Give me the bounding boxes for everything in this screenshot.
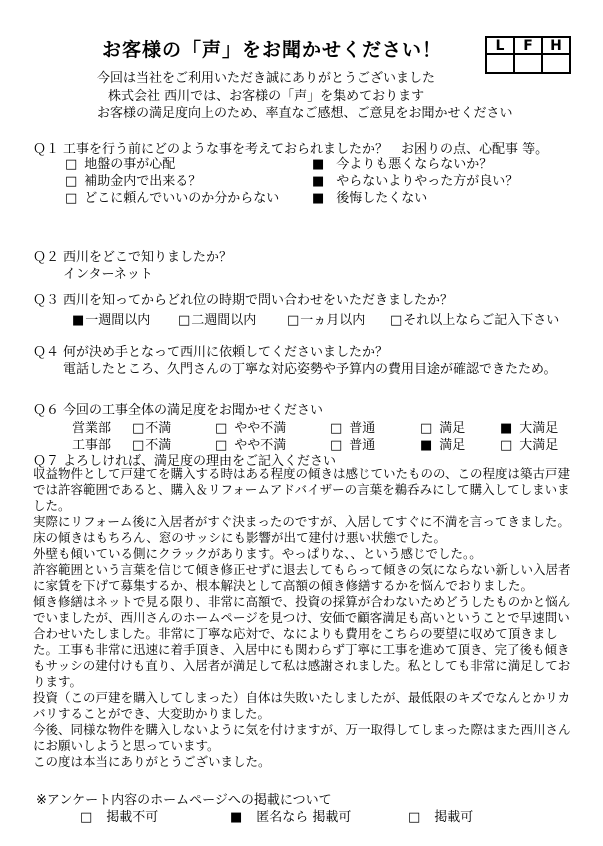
publication-checkbox-1[interactable]: □ bbox=[80, 811, 92, 824]
intro-line: 今回は当社をご利用いただき誠にありがとうございました bbox=[97, 70, 512, 88]
intro-text: 今回は当社をご利用いただき誠にありがとうございました 株式会社 西川では、お客様… bbox=[97, 70, 512, 123]
publication-option-label: 匿名なら 掲載可 bbox=[256, 806, 351, 825]
intro-line: お客様の満足度向上のため、率直なご感想、ご意見をお聞かせください bbox=[97, 105, 512, 123]
publication-checkbox-2[interactable]: ■ bbox=[230, 811, 242, 824]
q3-option-label: それ以上ならご記入下さい bbox=[403, 309, 559, 328]
q3-checkbox-3[interactable]: □ bbox=[287, 314, 299, 327]
publication-heading: ※アンケート内容のホームページへの掲載について bbox=[36, 789, 603, 806]
q3-question-line: Ｑ３ 西川を知ってからどれ位の時期で問い合わせをいただきましたか？ bbox=[0, 289, 603, 306]
q4-answer: 電話したところ、久門さんの丁寧な対応姿勢や予算内の費用目途が確認できたため。 bbox=[63, 358, 556, 377]
q1-left-option-label: どこに頼んでいいのか分からない bbox=[84, 187, 279, 206]
grade-header-cell-h: H bbox=[542, 37, 570, 54]
grade-empty-cell bbox=[514, 54, 542, 73]
q4-answer-line: 電話したところ、久門さんの丁寧な対応姿勢や予算内の費用目途が確認できたため。 bbox=[0, 358, 603, 375]
q6-construction-row: 工事部 □不満 □やや不満 □普通 ■満足 □大満足 bbox=[0, 434, 603, 451]
q3-checkbox-2[interactable]: □ bbox=[178, 314, 190, 327]
publication-option-label: 掲載可 bbox=[434, 806, 473, 825]
q1-right-checkbox-3[interactable]: ■ bbox=[312, 192, 324, 205]
q6-question-line: Ｑ６ 今回の工事全体の満足度をお聞かせください bbox=[0, 399, 603, 416]
q3-options-row: ■一週間以内 □二週間以内 □一ヵ月以内 □それ以上ならご記入下さい bbox=[0, 309, 603, 326]
q3-question: 西川を知ってからどれ位の時期で問い合わせをいただきましたか？ bbox=[63, 289, 453, 308]
q7-question-line: Ｑ７ よろしければ、満足度の理由をご記入ください bbox=[0, 450, 603, 467]
q4-question-line: Ｑ４ 何が決め手となって西川に依頼してくださいましたか？ bbox=[0, 341, 603, 358]
q3-checkbox-1[interactable]: ■ bbox=[72, 314, 84, 327]
grade-table: L F H bbox=[485, 36, 571, 74]
publication-option-label: 掲載不可 bbox=[106, 806, 158, 825]
q6-sales-row: 営業部 □不満 □やや不満 □普通 □満足 ■大満足 bbox=[0, 417, 603, 434]
q3-checkbox-4[interactable]: □ bbox=[390, 314, 402, 327]
intro-line: 株式会社 西川では、お客様の「声」を集めております bbox=[108, 88, 512, 106]
grade-header-cell-l: L bbox=[486, 37, 514, 54]
survey-document: お客様の「声」をお聞かせください！ L F H 今回は当社をご利用いただき誠にあ… bbox=[0, 0, 603, 846]
q3-option-label: 一ヵ月以内 bbox=[300, 309, 365, 328]
q3-option-label: 一週間以内 bbox=[85, 309, 150, 328]
page-title: お客様の「声」をお聞かせください！ bbox=[102, 35, 442, 62]
q2-answer: インターネット bbox=[63, 263, 153, 282]
q6-question: 今回の工事全体の満足度をお聞かせください bbox=[63, 399, 323, 418]
q7-response-text: 収益物件として戸建てを購入する時はある程度の傾きは感じていたものの、この程度は築… bbox=[33, 466, 599, 770]
publication-checkbox-3[interactable]: □ bbox=[408, 811, 420, 824]
publication-options-row: □掲載不可 ■匿名なら 掲載可 □掲載可 bbox=[0, 806, 603, 823]
grade-header-cell-f: F bbox=[514, 37, 542, 54]
q3-option-label: 二週間以内 bbox=[191, 309, 256, 328]
q2-question-line: Ｑ２ 西川をどこで知りましたか？ bbox=[0, 246, 603, 263]
q1-left-checkbox-3[interactable]: □ bbox=[65, 192, 77, 205]
q6-label: Ｑ６ bbox=[33, 399, 59, 418]
q1-label: Ｑ１ bbox=[33, 138, 59, 157]
q1-right-option-label: 後悔したくない bbox=[336, 187, 427, 206]
q2-answer-line: インターネット bbox=[0, 263, 603, 280]
q1-option-row: □どこに頼んでいいのか分からない ■後悔したくない bbox=[65, 187, 603, 206]
q3-label: Ｑ３ bbox=[33, 289, 59, 308]
grade-empty-cell bbox=[542, 54, 570, 73]
